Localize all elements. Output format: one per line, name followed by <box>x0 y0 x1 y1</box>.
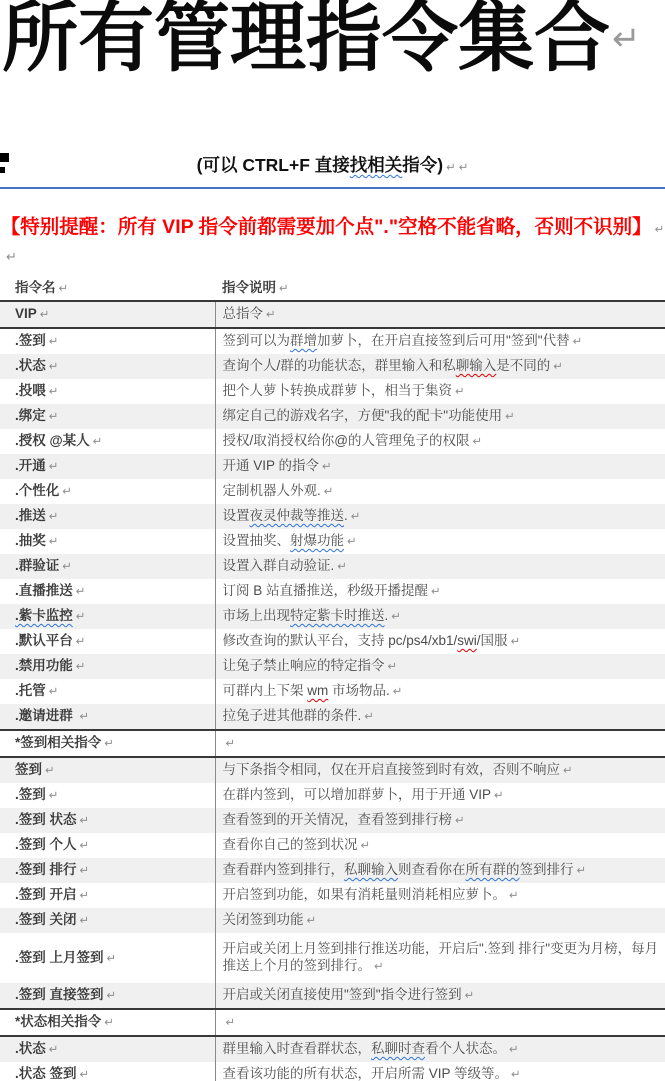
text-run: .紫卡监控 <box>15 608 73 623</box>
text-run: .默认平台 <box>15 633 73 648</box>
paragraph-mark-icon: ↵ <box>62 561 72 573</box>
table-row: VIP↵总指令↵ <box>0 301 665 328</box>
paragraph-mark-icon: ↵ <box>45 765 55 777</box>
page-title: 所有管理指令集合↵ <box>2 0 641 92</box>
text-run: 群增 <box>290 333 317 348</box>
text-run: 签到 <box>15 762 42 777</box>
text-run: *状态相关指令 <box>15 1014 101 1029</box>
text-run: 设置抽奖、 <box>223 533 291 548</box>
text-run: 拉兔子进其他群的条件. <box>223 708 362 723</box>
paragraph-mark-icon: ↵ <box>472 436 482 448</box>
command-desc-cell: 开启或关闭直接使用"签到"指令进行签到↵ <box>215 983 665 1009</box>
text-run: .签到 上月签到 <box>15 950 104 965</box>
paragraph-mark-icon: ↵ <box>337 561 347 573</box>
command-name-cell: *状态相关指令↵ <box>0 1009 215 1036</box>
paragraph-mark-icon: ↵ <box>49 386 59 398</box>
command-desc-cell: 查看该功能的所有状态，开启所需 VIP 等级等。↵ <box>215 1062 665 1081</box>
table-row: .投喂↵把个人萝卜转换成群萝卜，相当于集资↵ <box>0 379 665 404</box>
paragraph-mark-icon: ↵ <box>655 224 665 236</box>
text-run: 指令) <box>402 155 443 175</box>
paragraph-mark-icon: ↵ <box>6 249 17 264</box>
text-run: 可群内上下架 <box>223 683 308 698</box>
paragraph-mark-icon: ↵ <box>76 611 86 623</box>
command-name-cell: .个性化↵ <box>0 479 215 504</box>
text-run: 特定紫卡时推送 <box>290 608 385 623</box>
paragraph-mark-icon: ↵ <box>80 711 90 723</box>
text-run: .签到 状态 <box>15 812 77 827</box>
text-run: *签到相关指令 <box>15 735 101 750</box>
paragraph-mark-icon: ↵ <box>49 461 59 473</box>
command-desc-cell: 设置入群自动验证.↵ <box>215 554 665 579</box>
section-row: *状态相关指令↵↵ <box>0 1009 665 1036</box>
command-desc-cell: 开通 VIP 的指令↵ <box>215 454 665 479</box>
command-desc-cell: 可群内上下架 wm 市场物品.↵ <box>215 679 665 704</box>
command-desc-cell: 查看你自己的签到状况↵ <box>215 833 665 858</box>
paragraph-mark-icon: ↵ <box>104 1017 114 1029</box>
command-desc-cell: 群里输入时查看群状态，私聊时查看个人状态。↵ <box>215 1036 665 1062</box>
paragraph-mark-icon: ↵ <box>49 511 59 523</box>
paragraph-mark-icon: ↵ <box>553 361 563 373</box>
paragraph-mark-icon: ↵ <box>49 411 59 423</box>
text-run: 聊输入 <box>456 358 497 373</box>
paragraph-mark-icon: ↵ <box>49 790 59 802</box>
paragraph-mark-icon: ↵ <box>49 536 59 548</box>
paragraph-mark-icon: ↵ <box>226 738 236 750</box>
text-run: 签到排行 <box>520 862 574 877</box>
paragraph-mark-icon: ↵ <box>107 990 117 1002</box>
command-desc-cell: 授权/取消授权给你@的人管理兔子的权限↵ <box>215 429 665 454</box>
text-run: 则查看你在 <box>398 862 466 877</box>
command-desc-cell: 在群内签到，可以增加群萝卜，用于开通 VIP↵ <box>215 783 665 808</box>
paragraph-mark-icon: ↵ <box>612 20 641 58</box>
text-run: 订阅 B 站直播推送，秒级开播提醒 <box>223 583 429 598</box>
text-run: .签到 <box>15 333 46 348</box>
text-run: 查询个人/群的功能状态，群里输入和私 <box>223 358 456 373</box>
subtitle-text: (可以 CTRL+F 直接找相关指令)↵ <box>197 155 456 175</box>
paragraph-mark-icon: ↵ <box>393 686 403 698</box>
paragraph-mark-icon: ↵ <box>49 686 59 698</box>
text-run: .群验证 <box>15 558 59 573</box>
command-name-cell: .抽奖↵ <box>0 529 215 554</box>
paragraph-mark-icon: ↵ <box>59 283 69 295</box>
command-name-cell: .签到 状态↵ <box>0 808 215 833</box>
command-desc-cell: 绑定自己的游戏名字，方便"我的配卡"功能使用↵ <box>215 404 665 429</box>
paragraph-mark-icon: ↵ <box>374 961 384 973</box>
text-run: .签到 <box>15 787 46 802</box>
paragraph-mark-icon: ↵ <box>307 915 317 927</box>
command-name-cell: .投喂↵ <box>0 379 215 404</box>
text-run: .托管 <box>15 683 46 698</box>
paragraph-mark-icon: ↵ <box>80 840 90 852</box>
text-run: .签到 开启 <box>15 887 77 902</box>
text-run: .状态 <box>15 358 46 373</box>
table-row: .签到 上月签到↵开启或关闭上月签到排行推送功能，开启后".签到 排行"变更为月… <box>0 933 665 983</box>
text-run: 查看该功能的所有状态，开启所需 VIP 等级等。 <box>223 1066 509 1081</box>
table-row: .群验证↵设置入群自动验证.↵ <box>0 554 665 579</box>
paragraph-mark-icon: ↵ <box>76 636 86 648</box>
text-run: 看个人状态。 <box>425 1041 506 1056</box>
text-run: .签到 关闭 <box>15 912 77 927</box>
text-run: 设置入群自动验证. <box>223 558 335 573</box>
paragraph-mark-icon: ↵ <box>509 1044 519 1056</box>
paragraph-mark-icon: ↵ <box>80 915 90 927</box>
command-desc-cell: 总指令↵ <box>215 301 665 328</box>
paragraph-mark-icon: ↵ <box>577 865 587 877</box>
paragraph-mark-icon: ↵ <box>324 486 334 498</box>
text-run: (可以 CTRL+F 直接 <box>197 155 350 175</box>
command-name-cell: .群验证↵ <box>0 554 215 579</box>
paragraph-mark-icon: ↵ <box>455 815 465 827</box>
command-name-cell: VIP↵ <box>0 301 215 328</box>
paragraph-mark-icon: ↵ <box>446 162 456 174</box>
text-run: 私聊时查 <box>371 1041 425 1056</box>
text-run: . <box>344 508 348 523</box>
table-row: .签到 个人↵查看你自己的签到状况↵ <box>0 833 665 858</box>
command-name-cell: .签到↵ <box>0 328 215 354</box>
table-row: 签到↵与下条指令相同，仅在开启直接签到时有效，否则不响应↵ <box>0 757 665 783</box>
text-run: 让兔子禁止响应的特定指令 <box>223 658 385 673</box>
command-name-cell: 签到↵ <box>0 757 215 783</box>
command-name-cell: .绑定↵ <box>0 404 215 429</box>
text-run: 群里输入时查看群状态， <box>223 1041 372 1056</box>
subtitle: (可以 CTRL+F 直接找相关指令)↵↵ <box>0 152 665 177</box>
command-desc-cell: ↵ <box>215 730 665 757</box>
text-run: 绑定自己的游戏名字，方便"我的配卡"功能使用 <box>223 408 503 423</box>
paragraph-mark-icon: ↵ <box>107 953 117 965</box>
command-desc-cell: 订阅 B 站直播推送，秒级开播提醒↵ <box>215 579 665 604</box>
command-name-cell: .直播推送↵ <box>0 579 215 604</box>
paragraph-mark-icon: ↵ <box>279 283 289 295</box>
text-run: 市场上出现 <box>223 608 291 623</box>
warning-label: 【特别提醒：所有 VIP 指令前都需要加个点"."空格不能省略，否则不识别】 <box>1 216 652 238</box>
table-row: .签到 排行↵查看群内签到排行，私聊输入则查看你在所有群的签到排行↵ <box>0 858 665 883</box>
text-run: 总指令 <box>223 306 264 321</box>
text-run: .签到 个人 <box>15 837 77 852</box>
header-label: 指令名 <box>15 280 56 295</box>
command-name-cell: .签到 开启↵ <box>0 883 215 908</box>
text-run: 射爆功能 <box>290 533 344 548</box>
paragraph-mark-icon: ↵ <box>361 840 371 852</box>
paragraph-mark-icon: ↵ <box>93 436 103 448</box>
table-row: .托管↵可群内上下架 wm 市场物品.↵ <box>0 679 665 704</box>
page-title-text: 所有管理指令集合 <box>2 0 610 81</box>
text-run: 夜灵仲裁等推送 <box>250 508 345 523</box>
command-desc-cell: 定制机器人外观.↵ <box>215 479 665 504</box>
paragraph-mark-icon: ↵ <box>364 711 374 723</box>
table-row: .个性化↵定制机器人外观.↵ <box>0 479 665 504</box>
header-label: 指令说明 <box>222 280 276 295</box>
text-run: 与下条指令相同，仅在开启直接签到时有效，否则不响应 <box>223 762 561 777</box>
paragraph-mark-icon: ↵ <box>505 411 515 423</box>
empty-paragraph-mark: ↵ <box>6 249 17 265</box>
text-run: swi <box>457 633 477 648</box>
command-name-cell: .邀请进群 ↵ <box>0 704 215 730</box>
text-run: .状态 签到 <box>15 1066 77 1081</box>
text-run: VIP <box>15 306 37 321</box>
table-row: .签到 直接签到↵开启或关闭直接使用"签到"指令进行签到↵ <box>0 983 665 1009</box>
command-desc-cell: 拉兔子进其他群的条件.↵ <box>215 704 665 730</box>
text-run: 加萝卜，在开启直接签到后可用"签到"代替 <box>317 333 570 348</box>
text-run: 所有群的 <box>466 862 520 877</box>
text-run: 找相关 <box>350 155 403 175</box>
command-desc-cell: 查看签到的开关情况，查看签到排行榜↵ <box>215 808 665 833</box>
table-row: .签到↵签到可以为群增加萝卜，在开启直接签到后可用"签到"代替↵ <box>0 328 665 354</box>
text-run: 授权/取消授权给你@的人管理兔子的权限 <box>223 433 470 448</box>
command-name-cell: .禁用功能↵ <box>0 654 215 679</box>
command-name-cell: *签到相关指令↵ <box>0 730 215 757</box>
paragraph-mark-icon: ↵ <box>322 461 332 473</box>
header-command-desc: 指令说明↵ <box>215 272 665 301</box>
text-run: 查看群内签到排行， <box>223 862 345 877</box>
paragraph-mark-icon: ↵ <box>49 336 59 348</box>
table-row: .抽奖↵设置抽奖、射爆功能↵ <box>0 529 665 554</box>
paragraph-mark-icon: ↵ <box>391 611 401 623</box>
command-desc-cell: 签到可以为群增加萝卜，在开启直接签到后可用"签到"代替↵ <box>215 328 665 354</box>
paragraph-mark-icon: ↵ <box>266 309 276 321</box>
text-run: .邀请进群 <box>15 708 77 723</box>
command-desc-cell: 把个人萝卜转换成群萝卜，相当于集资↵ <box>215 379 665 404</box>
command-name-cell: .签到 个人↵ <box>0 833 215 858</box>
paragraph-mark-icon: ↵ <box>80 815 90 827</box>
table-row: .绑定↵绑定自己的游戏名字，方便"我的配卡"功能使用↵ <box>0 404 665 429</box>
text-run: 关闭签到功能 <box>223 912 304 927</box>
command-table: 指令名↵ 指令说明↵ VIP↵总指令↵.签到↵签到可以为群增加萝卜，在开启直接签… <box>0 272 665 1081</box>
table-row: .紫卡监控↵市场上出现特定紫卡时推送.↵ <box>0 604 665 629</box>
table-row: .授权 @某人↵授权/取消授权给你@的人管理兔子的权限↵ <box>0 429 665 454</box>
table-row: .状态↵查询个人/群的功能状态，群里输入和私聊输入是不同的↵ <box>0 354 665 379</box>
command-name-cell: .状态↵ <box>0 354 215 379</box>
text-run: 开启或关闭上月签到排行推送功能，开启后".签到 排行"变更为月榜，每月推送上个月… <box>223 941 659 973</box>
paragraph-mark-icon: ↵ <box>465 990 475 1002</box>
command-name-cell: .签到 排行↵ <box>0 858 215 883</box>
text-run: 修改查询的默认平台，支持 pc/ps4/xb1/ <box>223 633 458 648</box>
text-run: .禁用功能 <box>15 658 73 673</box>
paragraph-mark-icon: ↵ <box>573 336 583 348</box>
command-name-cell: .状态↵ <box>0 1036 215 1062</box>
paragraph-mark-icon: ↵ <box>455 386 465 398</box>
text-run: .签到 直接签到 <box>15 987 104 1002</box>
text-run: 私聊输入 <box>344 862 398 877</box>
paragraph-mark-icon: ↵ <box>431 586 441 598</box>
paragraph-mark-icon: ↵ <box>40 309 50 321</box>
text-run: 开启签到功能，如果有消耗量则消耗相应萝卜。 <box>223 887 507 902</box>
table-header-row: 指令名↵ 指令说明↵ <box>0 272 665 301</box>
paragraph-mark-icon: ↵ <box>511 1069 521 1081</box>
table-row: .默认平台↵修改查询的默认平台，支持 pc/ps4/xb1/swi/国服↵ <box>0 629 665 654</box>
command-name-cell: .默认平台↵ <box>0 629 215 654</box>
command-desc-cell: 关闭签到功能↵ <box>215 908 665 933</box>
paragraph-mark-icon: ↵ <box>80 890 90 902</box>
text-run: .授权 @某人 <box>15 433 90 448</box>
paragraph-mark-icon: ↵ <box>80 1069 90 1081</box>
paragraph-mark-icon: ↵ <box>388 661 398 673</box>
paragraph-mark-icon: ↵ <box>494 790 504 802</box>
command-desc-cell: 开启或关闭上月签到排行推送功能，开启后".签到 排行"变更为月榜，每月推送上个月… <box>215 933 665 983</box>
section-row: *签到相关指令↵↵ <box>0 730 665 757</box>
text-run: .投喂 <box>15 383 46 398</box>
table-row: .状态 签到↵查看该功能的所有状态，开启所需 VIP 等级等。↵ <box>0 1062 665 1081</box>
table-row: .邀请进群 ↵拉兔子进其他群的条件.↵ <box>0 704 665 730</box>
command-desc-cell: 查看群内签到排行，私聊输入则查看你在所有群的签到排行↵ <box>215 858 665 883</box>
text-run: 在群内签到，可以增加群萝卜，用于开通 VIP <box>223 787 492 802</box>
text-run: 市场物品. <box>328 683 390 698</box>
text-run: 开通 VIP 的指令 <box>223 458 320 473</box>
command-name-cell: .签到↵ <box>0 783 215 808</box>
table-row: .禁用功能↵让兔子禁止响应的特定指令↵ <box>0 654 665 679</box>
table-row: .状态↵群里输入时查看群状态，私聊时查看个人状态。↵ <box>0 1036 665 1062</box>
text-run: 查看签到的开关情况，查看签到排行榜 <box>223 812 453 827</box>
text-run: .直播推送 <box>15 583 73 598</box>
table-row: .直播推送↵订阅 B 站直播推送，秒级开播提醒↵ <box>0 579 665 604</box>
table-row: .签到↵在群内签到，可以增加群萝卜，用于开通 VIP↵ <box>0 783 665 808</box>
command-desc-cell: 查询个人/群的功能状态，群里输入和私聊输入是不同的↵ <box>215 354 665 379</box>
heading-rule <box>0 187 665 189</box>
command-desc-cell: 修改查询的默认平台，支持 pc/ps4/xb1/swi/国服↵ <box>215 629 665 654</box>
command-desc-cell: 让兔子禁止响应的特定指令↵ <box>215 654 665 679</box>
command-desc-cell: 市场上出现特定紫卡时推送.↵ <box>215 604 665 629</box>
table-row: .签到 关闭↵关闭签到功能↵ <box>0 908 665 933</box>
command-name-cell: .签到 直接签到↵ <box>0 983 215 1009</box>
command-name-cell: .授权 @某人↵ <box>0 429 215 454</box>
paragraph-mark-icon: ↵ <box>76 661 86 673</box>
text-run: .个性化 <box>15 483 59 498</box>
text-run: 设置 <box>223 508 250 523</box>
paragraph-mark-icon: ↵ <box>49 361 59 373</box>
text-run: .推送 <box>15 508 46 523</box>
paragraph-mark-icon: ↵ <box>511 636 521 648</box>
text-run: .抽奖 <box>15 533 46 548</box>
text-run: 签到可以为 <box>223 333 291 348</box>
paragraph-mark-icon: ↵ <box>226 1017 236 1029</box>
paragraph-mark-icon: ↵ <box>563 765 573 777</box>
paragraph-mark-icon: ↵ <box>49 1044 59 1056</box>
text-run: . <box>385 608 389 623</box>
text-run: .签到 排行 <box>15 862 77 877</box>
text-run: .状态 <box>15 1041 46 1056</box>
warning-text: 【特别提醒：所有 VIP 指令前都需要加个点"."空格不能省略，否则不识别】↵ <box>0 211 665 239</box>
command-name-cell: .状态 签到↵ <box>0 1062 215 1081</box>
paragraph-mark-icon: ↵ <box>509 890 519 902</box>
table-row: .签到 状态↵查看签到的开关情况，查看签到排行榜↵ <box>0 808 665 833</box>
text-run: 把个人萝卜转换成群萝卜，相当于集资 <box>223 383 453 398</box>
command-name-cell: .紫卡监控↵ <box>0 604 215 629</box>
command-desc-cell: ↵ <box>215 1009 665 1036</box>
text-run: 查看你自己的签到状况 <box>223 837 358 852</box>
text-run: .绑定 <box>15 408 46 423</box>
paragraph-mark-icon: ↵ <box>76 586 86 598</box>
paragraph-mark-icon: ↵ <box>459 162 469 174</box>
header-command-name: 指令名↵ <box>0 272 215 301</box>
text-run: .开通 <box>15 458 46 473</box>
table-row: .推送↵设置夜灵仲裁等推送.↵ <box>0 504 665 529</box>
paragraph-mark-icon: ↵ <box>80 865 90 877</box>
paragraph-mark-icon: ↵ <box>62 486 72 498</box>
command-name-cell: .开通↵ <box>0 454 215 479</box>
command-name-cell: .签到 关闭↵ <box>0 908 215 933</box>
table-row: .开通↵开通 VIP 的指令↵ <box>0 454 665 479</box>
command-name-cell: .推送↵ <box>0 504 215 529</box>
text-run: /国服 <box>477 633 508 648</box>
text-run: wm <box>307 683 328 698</box>
text-run: 开启或关闭直接使用"签到"指令进行签到 <box>223 987 462 1002</box>
command-desc-cell: 设置抽奖、射爆功能↵ <box>215 529 665 554</box>
command-desc-cell: 设置夜灵仲裁等推送.↵ <box>215 504 665 529</box>
command-name-cell: .托管↵ <box>0 679 215 704</box>
command-desc-cell: 与下条指令相同，仅在开启直接签到时有效，否则不响应↵ <box>215 757 665 783</box>
paragraph-mark-icon: ↵ <box>351 511 361 523</box>
table-row: .签到 开启↵开启签到功能，如果有消耗量则消耗相应萝卜。↵ <box>0 883 665 908</box>
text-run: 是不同的 <box>496 358 550 373</box>
text-run: 定制机器人外观. <box>223 483 321 498</box>
command-desc-cell: 开启签到功能，如果有消耗量则消耗相应萝卜。↵ <box>215 883 665 908</box>
paragraph-mark-icon: ↵ <box>347 536 357 548</box>
paragraph-mark-icon: ↵ <box>104 738 114 750</box>
command-name-cell: .签到 上月签到↵ <box>0 933 215 983</box>
